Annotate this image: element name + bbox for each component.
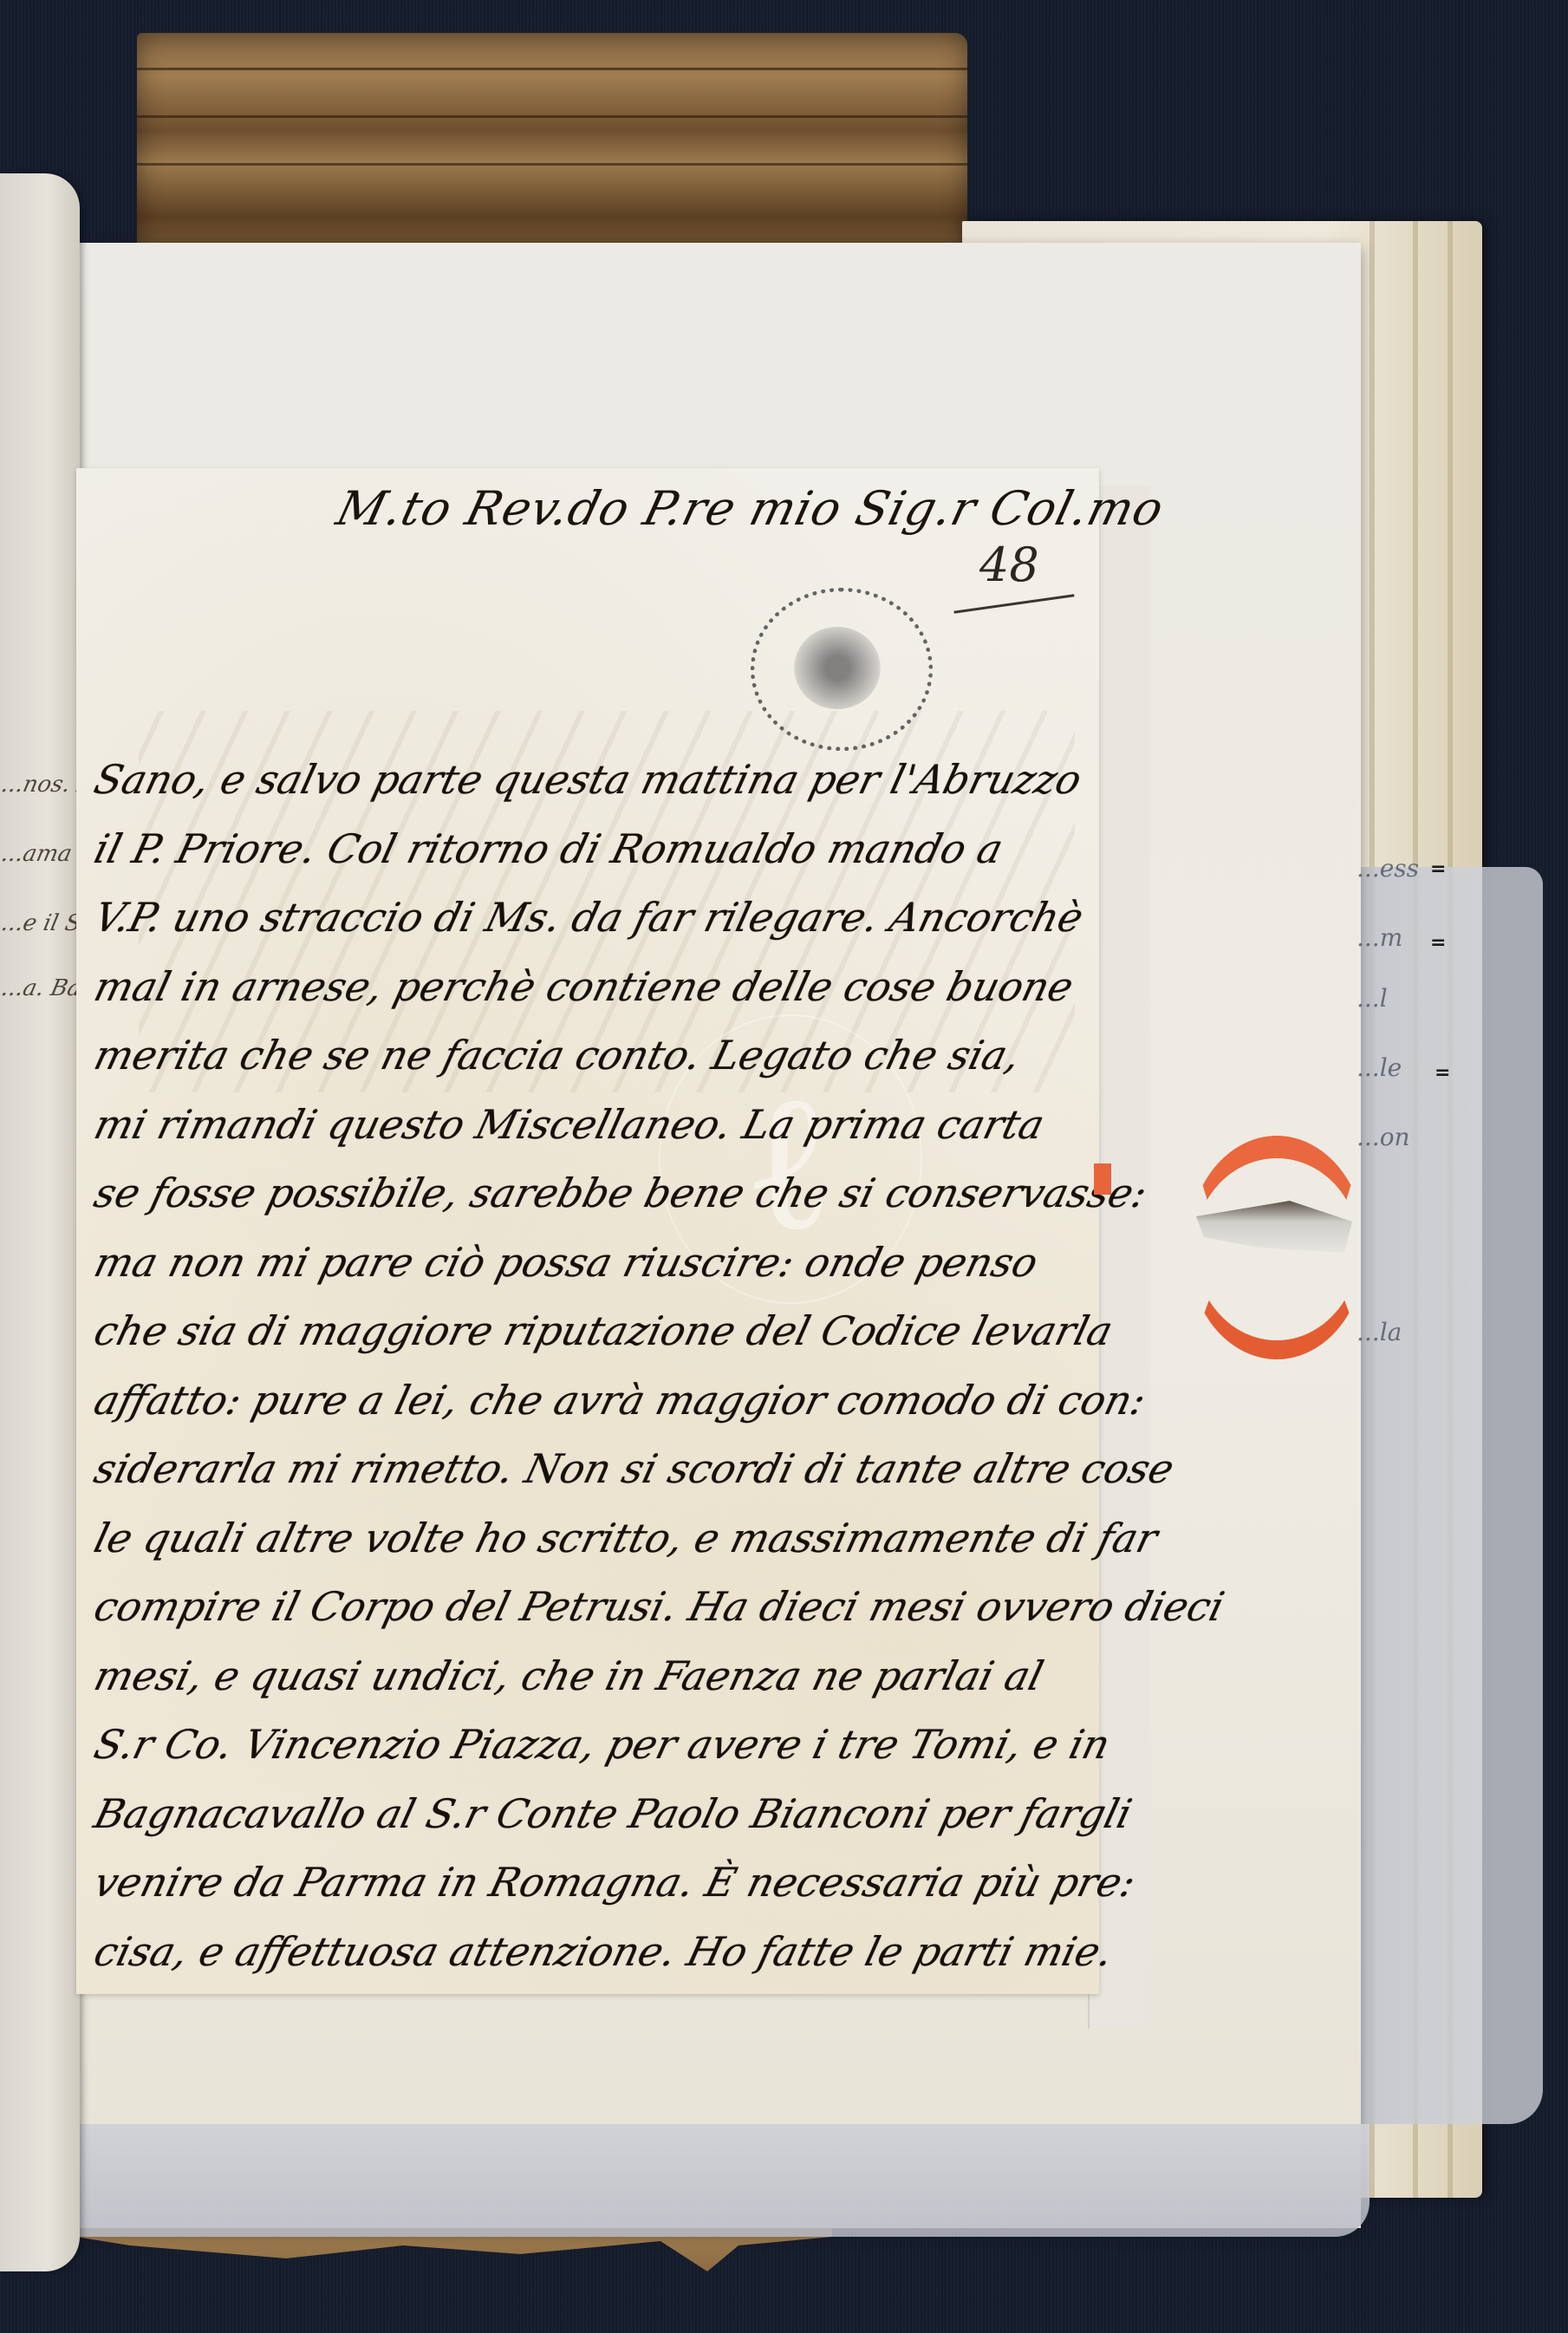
letter-line: affatto: pure a lei, che avrà maggior co… — [87, 1366, 1109, 1436]
right-margin-fragment: ...la — [1357, 1318, 1402, 1346]
margin-mark: = — [1430, 932, 1446, 954]
right-margin-fragment: ...l — [1357, 984, 1388, 1013]
letter-line: le quali altre volte ho scritto, e massi… — [87, 1504, 1109, 1574]
letter-line: ma non mi pare ciò possa riuscire: onde … — [87, 1228, 1109, 1298]
wrapper-fold — [137, 163, 967, 166]
letter-line: venire da Parma in Romagna. È necessaria… — [87, 1848, 1109, 1918]
letter-line: che sia di maggiore riputazione del Codi… — [87, 1297, 1109, 1366]
letter-line: se fosse possibile, sarebbe bene che si … — [87, 1159, 1109, 1228]
letter-line: V.P. uno straccio di Ms. da far rilegare… — [87, 883, 1109, 953]
letter-line: Bagnacavallo al S.r Conte Paolo Bianconi… — [87, 1780, 1109, 1849]
left-page-fragment: ...ama in ... — [0, 841, 80, 867]
letter-line: mal in arnese, perchè contiene delle cos… — [87, 953, 1109, 1022]
wrapper-fold — [137, 68, 967, 70]
letter-line: Sano, e salvo parte questa mattina per l… — [87, 746, 1109, 815]
left-facing-page: ...nos. Il Sig. ...ama in ... ...e il Si… — [0, 173, 80, 2271]
tissue-paper-bottom — [35, 2124, 1370, 2237]
letter-salutation: M.to Rev.do P.re mio Sig.r Col.mo — [331, 481, 1169, 536]
right-margin-fragment: ...m — [1357, 923, 1402, 952]
wrapper-fold — [137, 115, 967, 118]
margin-mark: = — [1435, 1062, 1450, 1084]
letter-line: merita che se ne faccia conto. Legato ch… — [87, 1021, 1109, 1091]
brown-wrapper-bundle — [137, 33, 967, 250]
right-margin-fragment: ...le — [1357, 1053, 1402, 1082]
letter-line: S.r Co. Vincenzio Piazza, per avere i tr… — [87, 1711, 1109, 1780]
left-page-fragment: ...a. Bat. Frac. — [0, 975, 80, 1001]
right-margin-fragment: ...ess — [1357, 854, 1419, 883]
letter-line: siderarla mi rimetto. Non si scordi di t… — [87, 1435, 1109, 1504]
letter-line: mesi, e quasi undici, che in Faenza ne p… — [87, 1642, 1109, 1711]
stamp-emblem — [794, 627, 881, 709]
letter-line: cisa, e affettuosa attenzione. Ho fatte … — [87, 1918, 1109, 1987]
right-margin-fragment: ...on — [1357, 1123, 1410, 1151]
left-page-fragment: ...e il Sig. Ign. — [0, 910, 80, 936]
letter-line: il P. Priore. Col ritorno di Romualdo ma… — [87, 815, 1109, 884]
letter-line: compire il Corpo del Petrusi. Ha dieci m… — [87, 1573, 1109, 1642]
left-page-fragment: ...nos. Il Sig. — [0, 772, 80, 798]
letter-body: Sano, e salvo parte questa mattina per l… — [87, 746, 1092, 1986]
library-stamp-icon — [751, 588, 933, 751]
folio-number: 48 — [979, 538, 1039, 592]
margin-mark: = — [1430, 858, 1446, 880]
letter-line: mi rimandi questo Miscellaneo. La prima … — [87, 1091, 1109, 1160]
seal-fragment — [1094, 1163, 1111, 1195]
